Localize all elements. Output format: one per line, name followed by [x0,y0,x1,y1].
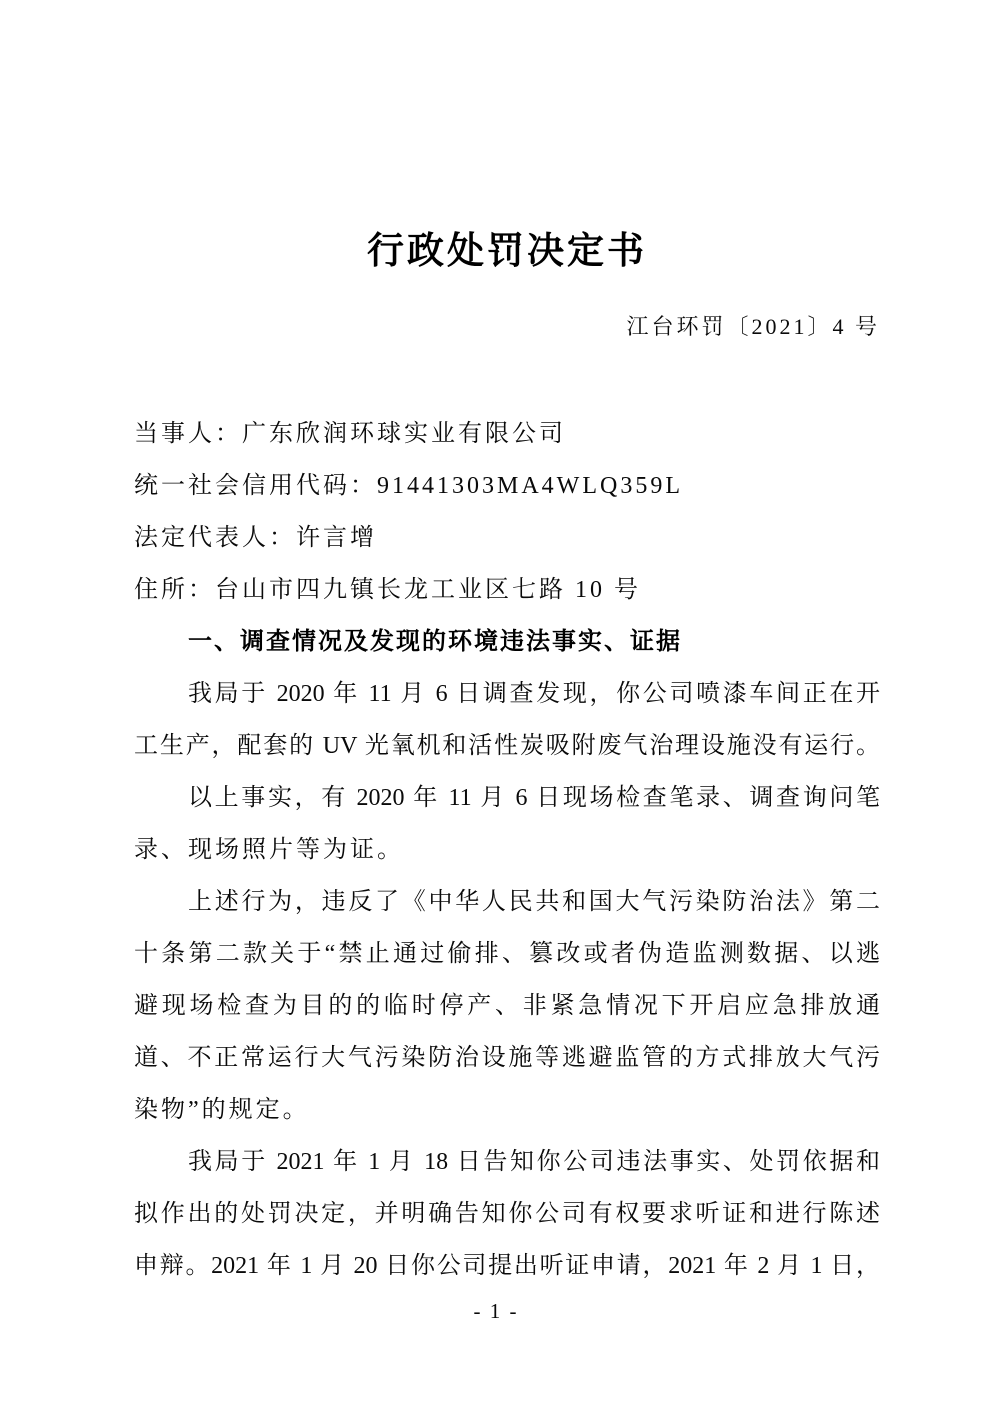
page-number: - 1 - [0,1296,992,1326]
body-line: 道、不正常运行大气污染防治设施等逃避监管的方式排放大气污 [134,1032,880,1084]
body-line: 以上事实，有 2020 年 11 月 6 日现场检查笔录、调查询问笔 [134,772,880,824]
body-line: 录、现场照片等为证。 [134,824,880,876]
body-line: 染物”的规定。 [134,1084,880,1136]
body-line: 我局于 2020 年 11 月 6 日调查发现，你公司喷漆车间正在开 [134,668,880,720]
body-line: 避现场检查为目的的临时停产、非紧急情况下开启应急排放通 [134,980,880,1032]
document-title: 行政处罚决定书 [134,224,880,280]
document-number: 江台环罚〔2021〕4 号 [134,310,880,344]
legal-representative-line: 法定代表人：许言增 [134,512,880,564]
body-line: 十条第二款关于“禁止通过偷排、篡改或者伪造监测数据、以逃 [134,928,880,980]
party-name-line: 当事人：广东欣润环球实业有限公司 [134,408,880,460]
document-body: 当事人：广东欣润环球实业有限公司 统一社会信用代码：91441303MA4WLQ… [134,408,880,1292]
body-line: 工生产，配套的 UV 光氧机和活性炭吸附废气治理设施没有运行。 [134,720,880,772]
body-line: 上述行为，违反了《中华人民共和国大气污染防治法》第二 [134,876,880,928]
credit-code-line: 统一社会信用代码：91441303MA4WLQ359L [134,460,880,512]
body-line: 我局于 2021 年 1 月 18 日告知你公司违法事实、处罚依据和 [134,1136,880,1188]
document-page: 行政处罚决定书 江台环罚〔2021〕4 号 当事人：广东欣润环球实业有限公司 统… [0,0,992,1403]
address-line: 住所：台山市四九镇长龙工业区七路 10 号 [134,564,880,616]
body-line: 申辩。2021 年 1 月 20 日你公司提出听证申请，2021 年 2 月 1… [134,1240,880,1292]
section-heading: 一、调查情况及发现的环境违法事实、证据 [134,616,880,668]
body-line: 拟作出的处罚决定，并明确告知你公司有权要求听证和进行陈述 [134,1188,880,1240]
